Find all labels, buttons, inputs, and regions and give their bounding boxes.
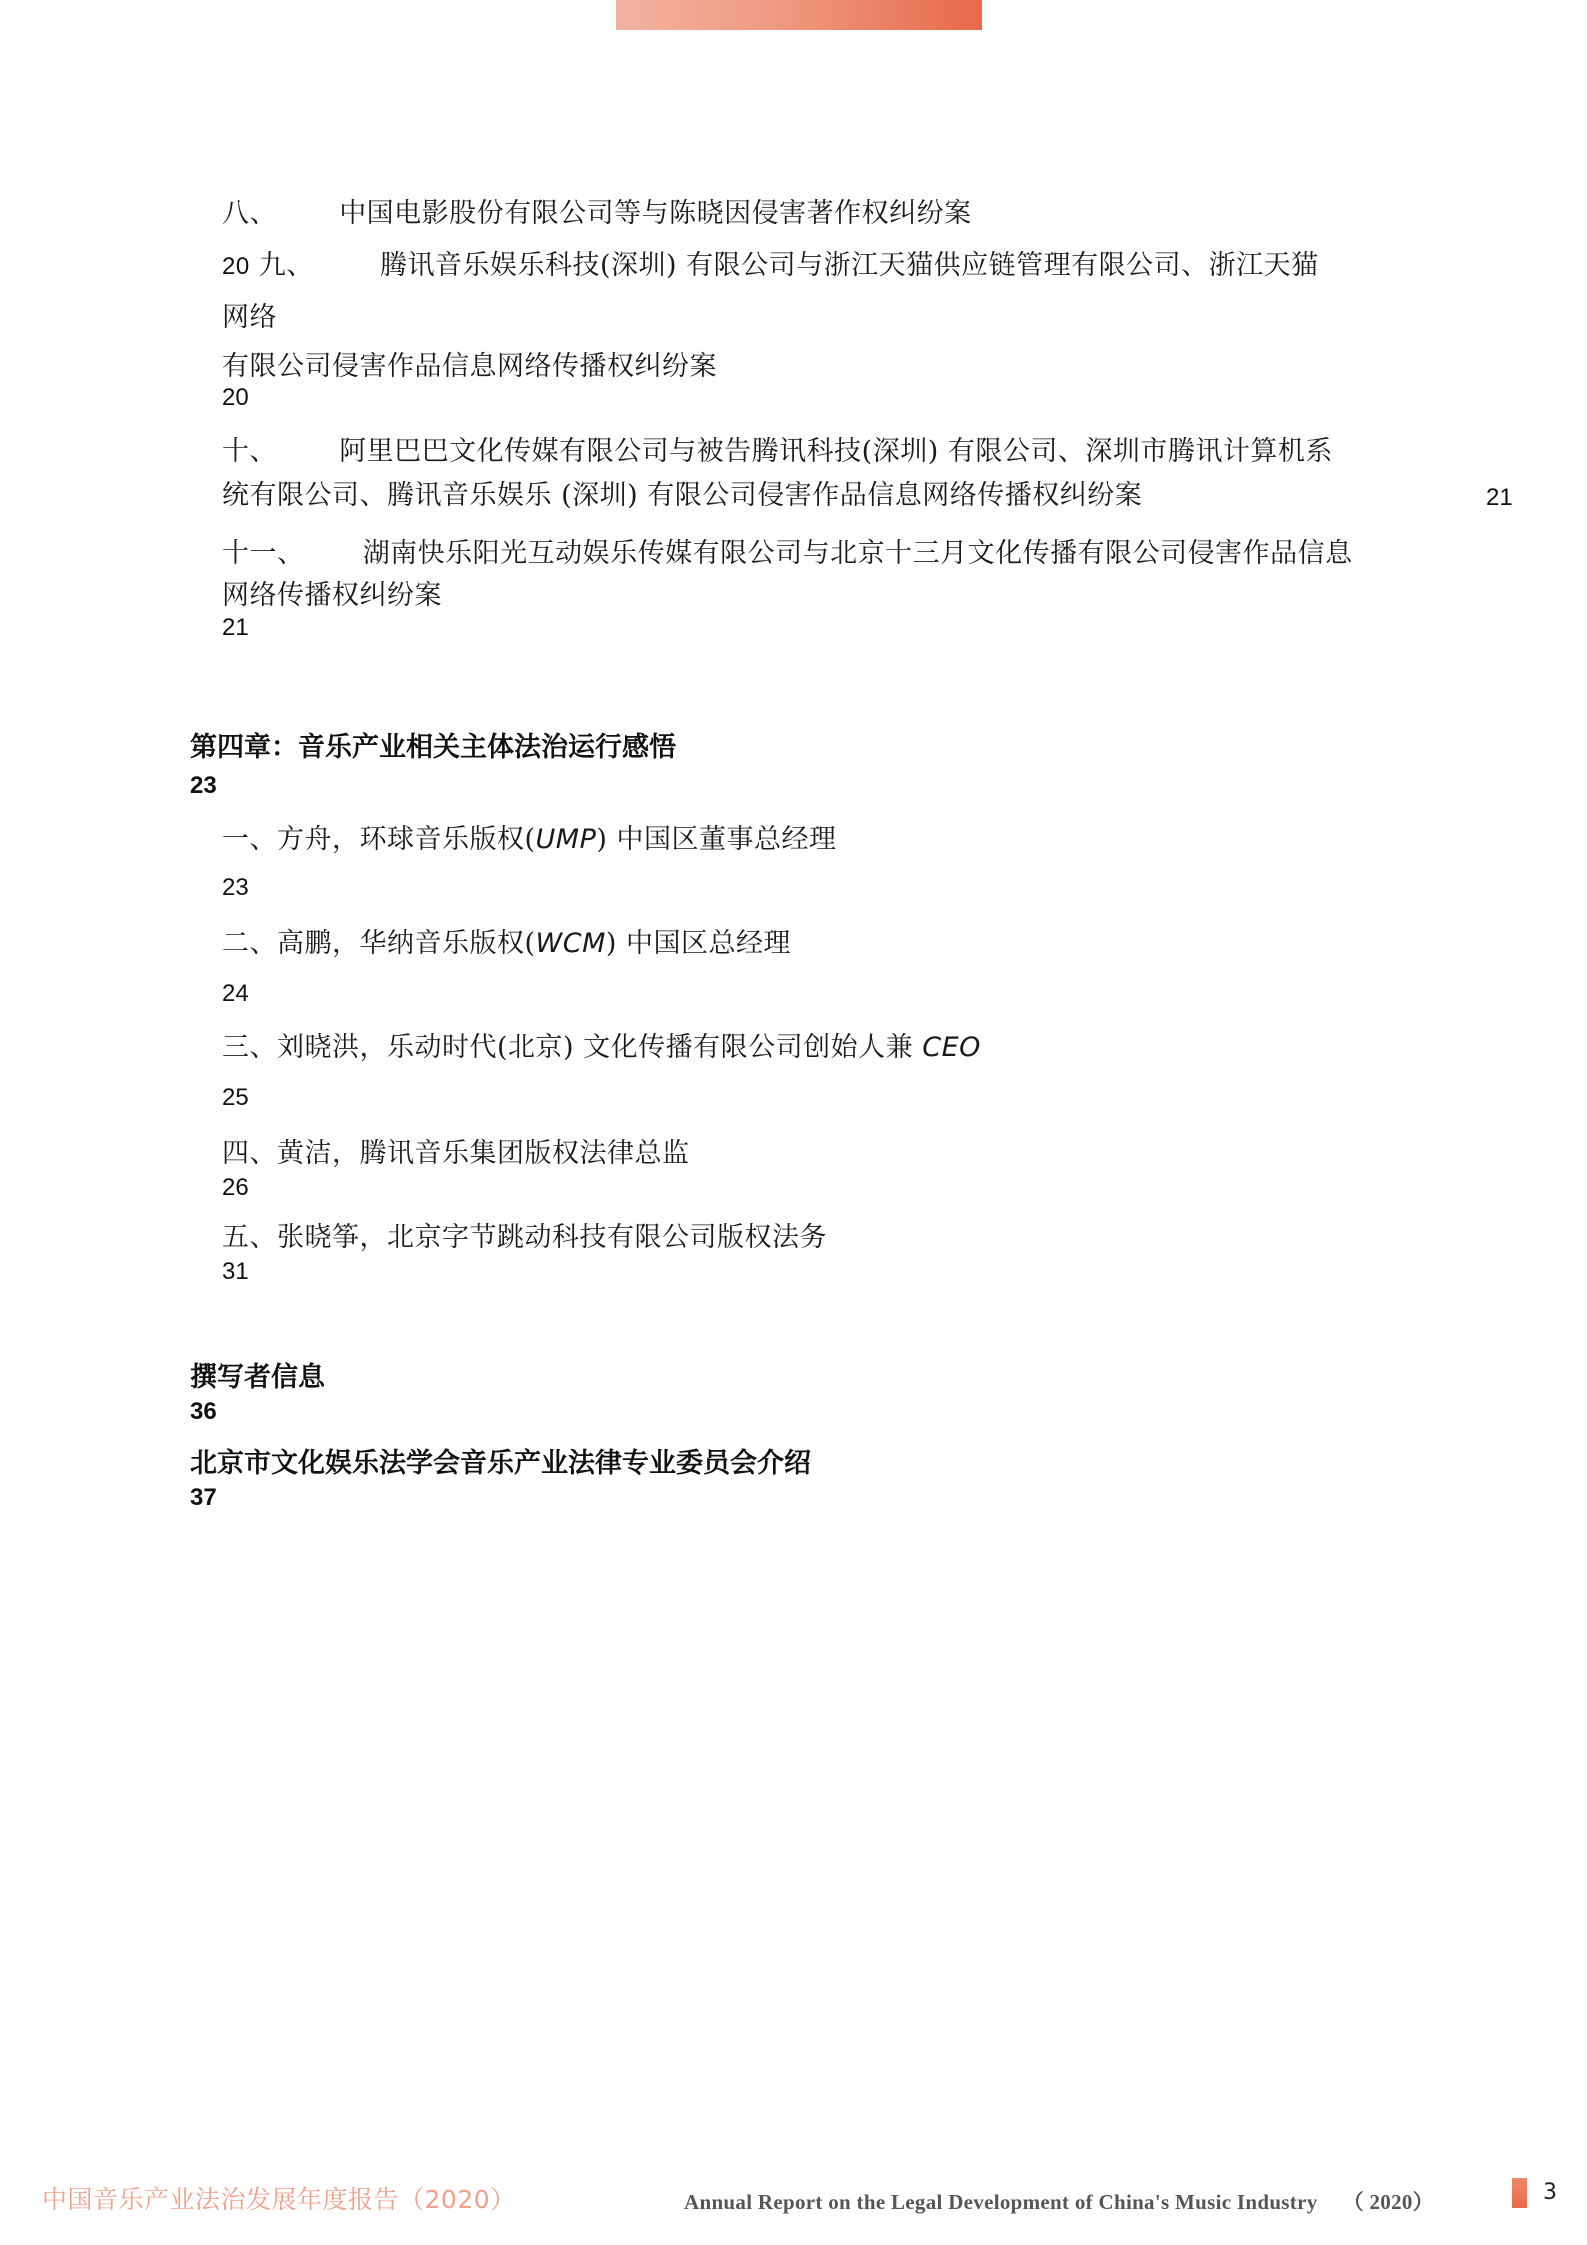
chapter-4-title[interactable]: 第四章：音乐产业相关主体法治运行感悟 — [190, 732, 676, 764]
toc-item-label: 二、高鹏，华纳音乐版权( — [222, 928, 536, 959]
toc-ch4-item-5[interactable]: 五、张晓筝，北京字节跳动科技有限公司版权法务 — [222, 1222, 827, 1254]
toc-item-9-wrap-2: 有限公司侵害作品信息网络传播权纠纷案 — [222, 351, 717, 383]
toc-item-10-wrap-1: 统有限公司、腾讯音乐娱乐 (深圳) 有限公司侵害作品信息网络传播权纠纷案 — [222, 480, 1142, 512]
toc-item-label: 腾讯音乐娱乐科技(深圳) 有限公司与浙江天猫供应链管理有限公司、浙江天猫 — [380, 250, 1319, 281]
toc-ch4-item-5-page: 31 — [222, 1258, 249, 1286]
toc-item-9[interactable]: 20 九、 腾讯音乐娱乐科技(深圳) 有限公司与浙江天猫供应链管理有限公司、浙江… — [222, 250, 1319, 282]
chapter-4-page: 23 — [190, 772, 217, 800]
toc-item-label: 三、刘晓洪，乐动时代(北京) 文化传播有限公司创始人兼 — [222, 1032, 922, 1063]
toc-item-label: 中国电影股份有限公司等与陈晓因侵害著作权纠纷案 — [339, 198, 972, 229]
toc-item-10-page: 21 — [1486, 484, 1513, 512]
toc-ch4-item-1-page: 23 — [222, 874, 249, 902]
toc-item-9-page: 20 — [222, 384, 249, 412]
toc-item-11-page: 21 — [222, 614, 249, 642]
toc-ch4-item-3[interactable]: 三、刘晓洪，乐动时代(北京) 文化传播有限公司创始人兼 CEO — [222, 1032, 981, 1064]
authors-title[interactable]: 撰写者信息 — [190, 1362, 325, 1394]
toc-item-11[interactable]: 十一、 湖南快乐阳光互动娱乐传媒有限公司与北京十三月文化传播有限公司侵害作品信息 — [222, 538, 1353, 570]
authors-page: 36 — [190, 1398, 217, 1426]
toc-ch4-item-2[interactable]: 二、高鹏，华纳音乐版权(WCM) 中国区总经理 — [222, 928, 791, 960]
toc-item-prefix: 十一、 — [222, 538, 305, 569]
toc-item-latin: UMP — [536, 824, 597, 855]
toc-item-10[interactable]: 十、 阿里巴巴文化传媒有限公司与被告腾讯科技(深圳) 有限公司、深圳市腾讯计算机… — [222, 436, 1333, 468]
toc-item-label: 一、方舟，环球音乐版权( — [222, 824, 536, 855]
footer-title-cn: 中国音乐产业法治发展年度报告（2020） — [42, 2180, 516, 2216]
toc-item-leading-page: 20 — [222, 253, 250, 280]
toc-item-tail: ) 中国区总经理 — [606, 928, 791, 959]
footer-title-en-text: Annual Report on the Legal Development o… — [684, 2190, 1318, 2214]
toc-item-8[interactable]: 八、 中国电影股份有限公司等与陈晓因侵害著作权纠纷案 — [222, 198, 972, 230]
toc-item-tail: ) 中国区董事总经理 — [596, 824, 836, 855]
toc-item-prefix: 十、 — [222, 436, 277, 467]
page-number: 3 — [1543, 2180, 1557, 2205]
toc-item-latin: CEO — [922, 1032, 981, 1063]
header-accent-bar — [616, 0, 982, 30]
toc-item-prefix: 八、 — [222, 198, 277, 229]
toc-item-label: 湖南快乐阳光互动娱乐传媒有限公司与北京十三月文化传播有限公司侵害作品信息 — [363, 538, 1353, 569]
toc-item-prefix: 九、 — [259, 250, 314, 281]
footer-year: （ 2020） — [1343, 2190, 1434, 2214]
toc-item-latin: WCM — [536, 928, 606, 959]
toc-ch4-item-1[interactable]: 一、方舟，环球音乐版权(UMP) 中国区董事总经理 — [222, 824, 837, 856]
toc-ch4-item-3-page: 25 — [222, 1084, 249, 1112]
toc-ch4-item-4[interactable]: 四、黄洁，腾讯音乐集团版权法律总监 — [222, 1138, 690, 1170]
toc-ch4-item-4-page: 26 — [222, 1174, 249, 1202]
footer-title-en: Annual Report on the Legal Development o… — [684, 2186, 1434, 2216]
committee-title[interactable]: 北京市文化娱乐法学会音乐产业法律专业委员会介绍 — [190, 1448, 811, 1480]
toc-ch4-item-2-page: 24 — [222, 980, 249, 1008]
toc-item-11-wrap-1: 网络传播权纠纷案 — [222, 580, 442, 612]
footer-accent-mark — [1512, 2178, 1527, 2208]
committee-page: 37 — [190, 1484, 217, 1512]
toc-item-label: 阿里巴巴文化传媒有限公司与被告腾讯科技(深圳) 有限公司、深圳市腾讯计算机系 — [339, 436, 1333, 467]
toc-item-9-wrap-1: 网络 — [222, 302, 277, 334]
